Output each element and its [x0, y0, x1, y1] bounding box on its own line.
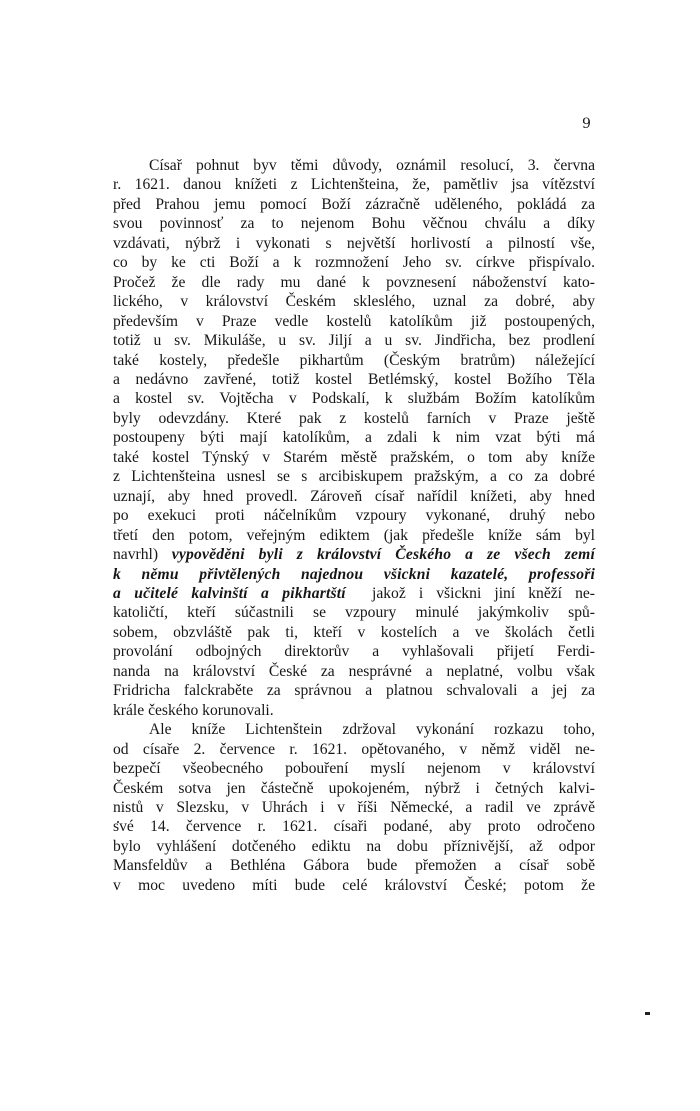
- text-line: třetí den potom, veřejným ediktem (jak p…: [113, 526, 595, 545]
- text-line: Fridricha falckraběte za správnou a plat…: [113, 681, 595, 700]
- text-line: v moc uvedeno míti bude celé království …: [113, 876, 595, 895]
- page-number: 9: [582, 116, 591, 132]
- text-line: byly odevzdány. Které pak z kostelů farn…: [113, 409, 595, 428]
- emphasized-text: a učitelé kalvinští a pikhartští: [113, 585, 346, 602]
- text-line: především v Praze vedle kostelů katolíků…: [113, 312, 595, 331]
- text-line: Mansfeldův a Bethléna Gábora bude přemož…: [113, 856, 595, 875]
- text-line: postoupeny býti mají katolíkům, a zdali …: [113, 428, 595, 447]
- text-line: uznají, aby hned provedl. Zároveň císař …: [113, 487, 595, 506]
- text-line: lického, v království Českém skleslého, …: [113, 292, 595, 311]
- paragraph-1: Císař pohnut byv těmi důvody, oznámil re…: [113, 156, 595, 720]
- text-line: vzdávati, nýbrž i vykonati s největší ho…: [113, 234, 595, 253]
- text-line: krále českého korunovali.: [113, 701, 595, 720]
- text-line: Císař pohnut byv těmi důvody, oznámil re…: [113, 156, 595, 175]
- text-line: od císaře 2. července r. 1621. opětované…: [113, 740, 595, 759]
- scan-speck: [117, 821, 119, 823]
- text-line: nistů v Slezsku, v Uhrách i v říši Němec…: [113, 798, 595, 817]
- text-line: sobem, obzvláště pak ti, kteří v kostelí…: [113, 623, 595, 642]
- text-line: Ale kníže Lichtenštein zdržoval vykonání…: [113, 720, 595, 739]
- text-line: Českém sotva jen částečně upokojeném, ný…: [113, 779, 595, 798]
- text-line: r. 1621. danou knížeti z Lichtenšteina, …: [113, 175, 595, 194]
- text-line: také kostel Týnský v Starém městě pražsk…: [113, 448, 595, 467]
- text-line: co by ke cti Boží a k rozmnožení Jeho sv…: [113, 253, 595, 272]
- text-line: katoličtí, kteří súčastnili se vzpoury m…: [113, 603, 595, 622]
- emphasized-text-line: k němu přivtělených najednou všickni kaz…: [113, 565, 595, 584]
- text-line: také kostely, předešle pikhartům (Českým…: [113, 351, 595, 370]
- text-line: své 14. července r. 1621. císaři podané,…: [113, 817, 595, 836]
- text-run: jakož i všickni jiní kněží ne-: [372, 585, 595, 602]
- text-line: bylo vyhlášení dotčeného ediktu na dobu …: [113, 837, 595, 856]
- page-body-text: Císař pohnut byv těmi důvody, oznámil re…: [113, 156, 595, 895]
- text-line: a kostel sv. Vojtěcha v Podskalí, k služ…: [113, 389, 595, 408]
- text-line: svou povinnosť za to nejenom Bohu věčnou…: [113, 214, 595, 233]
- text-line-mixed: navrhl) vypověděni byli z království Čes…: [113, 545, 595, 564]
- text-line: po exekuci proti náčelníkům vzpoury vyko…: [113, 506, 595, 525]
- paragraph-2: Ale kníže Lichtenštein zdržoval vykonání…: [113, 720, 595, 895]
- emphasized-text: vypověděni byli z království Českého a z…: [172, 546, 595, 563]
- text-line: a nedávno zavřené, totiž kostel Betlémsk…: [113, 370, 595, 389]
- text-line: z Lichtenšteina usnesl se s arcibiskupem…: [113, 467, 595, 486]
- scan-mark: [645, 1012, 650, 1015]
- text-line: totiž u sv. Mikuláše, u sv. Jiljí a u sv…: [113, 331, 595, 350]
- text-run: navrhl): [113, 546, 158, 563]
- text-line: provolání odbojných direktorův a vyhlašo…: [113, 642, 595, 661]
- text-line: Pročež že dle rady mu dané k povznesení …: [113, 273, 595, 292]
- text-line-mixed: a učitelé kalvinští a pikhartští jakož i…: [113, 584, 595, 603]
- text-line: nanda na království České za nesprávné a…: [113, 662, 595, 681]
- text-line: před Prahou jemu pomocí Boží zázračně ud…: [113, 195, 595, 214]
- text-line: bezpečí všeobecného pobouření myslí neje…: [113, 759, 595, 778]
